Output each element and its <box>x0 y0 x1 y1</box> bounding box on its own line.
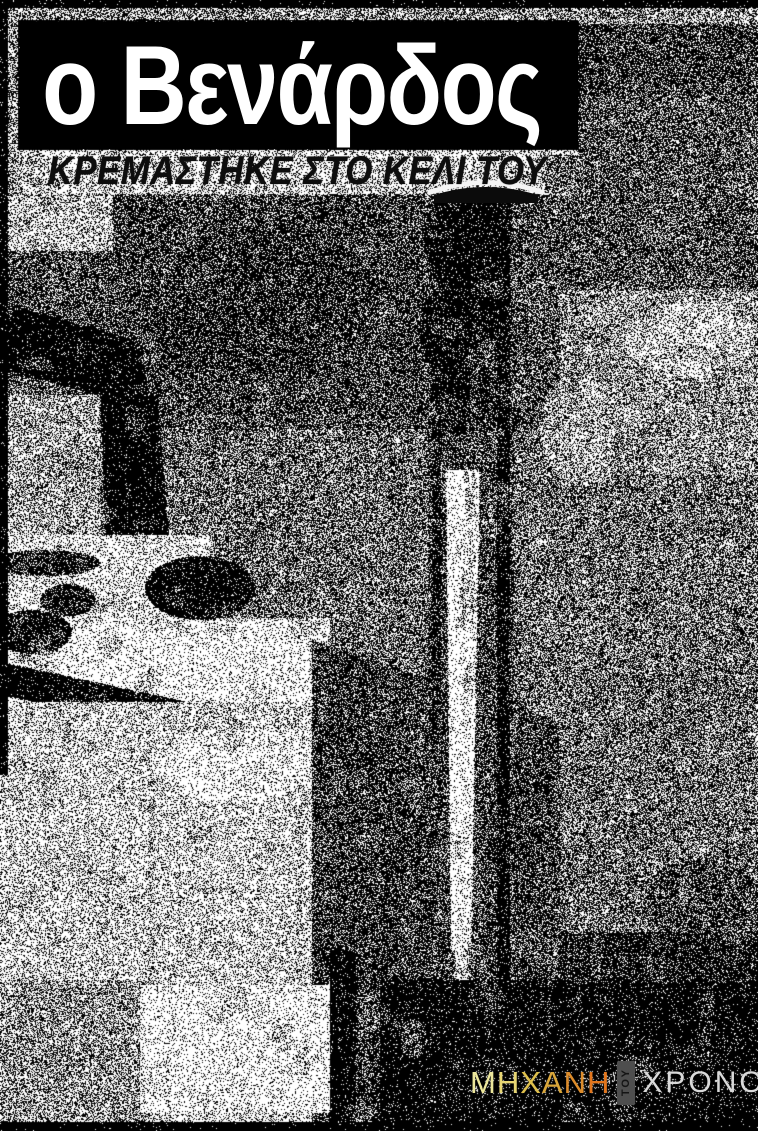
watermark-brand-right: ΧΡΟΝΟΥ <box>642 1068 758 1098</box>
subheadline-text: ΚΡΕΜΑΣΤΗΚΕ ΣΤΟ ΚΕΛΙ ΤΟΥ <box>20 151 547 191</box>
watermark-letter: Ν <box>564 1067 587 1098</box>
headline-bar: ο Βενάρδος <box>20 22 578 149</box>
watermark-letter: Χ <box>520 1067 542 1098</box>
watermark-tou-box: ΤΟΥ <box>617 1061 635 1105</box>
watermark-letter: Η <box>587 1067 610 1098</box>
watermark-logo: ΜΗΧΑΝΗ ΤΟΥ ΧΡΟΝΟΥ <box>470 1059 758 1106</box>
watermark-letter: Η <box>497 1067 520 1098</box>
watermark-brand-left: ΜΗΧΑΝΗ <box>470 1067 610 1098</box>
watermark-letter: Α <box>542 1067 564 1098</box>
headline-title: ο Βενάρδος <box>20 30 541 142</box>
watermark-tou-text: ΤΟΥ <box>621 1068 632 1096</box>
subheadline-strip: ΚΡΕΜΑΣΤΗΚΕ ΣΤΟ ΚΕΛΙ ΤΟΥ <box>20 149 578 193</box>
newspaper-clipping: ο Βενάρδος ΚΡΕΜΑΣΤΗΚΕ ΣΤΟ ΚΕΛΙ ΤΟΥ ΜΗΧΑΝ… <box>0 0 758 1131</box>
watermark-letter: Μ <box>470 1067 497 1098</box>
